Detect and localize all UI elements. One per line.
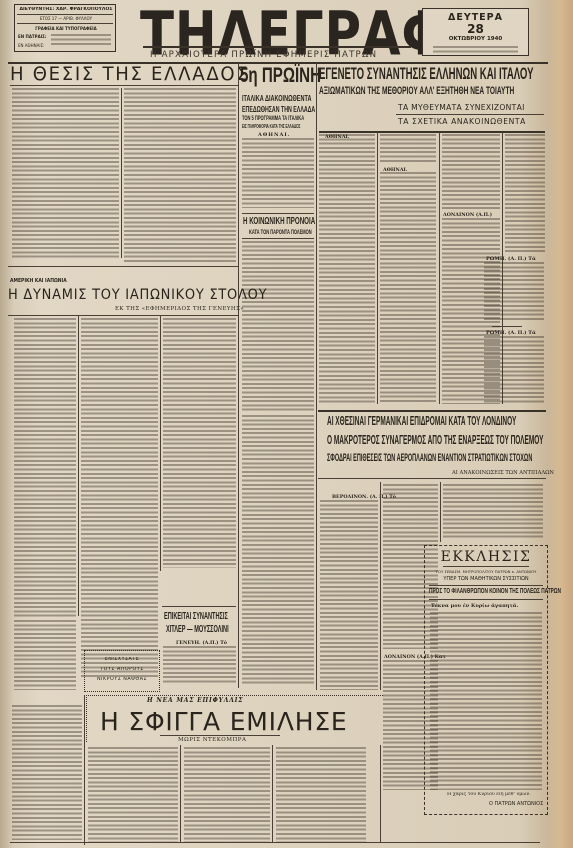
serial-kicker: Η ΝΕΑ ΜΑΣ ΕΠΙΦΥΛΛΙΣ [147,697,243,704]
article-body [484,262,544,322]
deck-myths: ΤΑ ΜΥΘΕΥΜΑΤΑ ΣΥΝΕΧΙΖΟΝΤΑΙ [398,103,525,112]
date-box: ΔΕΥΤΕΡΑ 28 ΟΚΤΩΒΡΙΟΥ 1940 [422,8,529,56]
article-body [443,484,543,540]
article-body [242,415,314,685]
headline-london-raids-1: ΑΙ ΧΘΕΣΙΝΑΙ ΓΕΡΜΑΝΙΚΑΙ ΕΠΙΔΡΟΜΑΙ ΚΑΤΑ ΤΟ… [327,413,516,428]
headline-meeting: ΕΓΕΝΕΤΟ ΣΥΝΑΝΤΗΣΙΣ ΕΛΛΗΝΩΝ ΚΑΙ ΙΤΑΛΟΥ [319,64,534,84]
deck-adversaries: ΑΙ ΑΝΑΚΟΙΝΩΣΕΙΣ ΤΩΝ ΑΝΤΙΠΑΛΩΝ [452,470,554,476]
subhead-social-welfare: ΚΑΤΑ ΤΟΝ ΠΑΡΟΝΤΑ ΠΟΛΕΜΟΝ [249,229,312,236]
article-body [14,318,76,618]
subhead-meeting: ΑΞΙΩΜΑΤΙΚΩΝ ΤΗΣ ΜΕΘΟΡΙΟΥ ΑΛΛ' ΕΞΗΤΗΘΗ ΝΕ… [319,85,514,97]
article-body [81,318,158,678]
appeal-signature: Ο ΠΑΤΡΩΝ ΑΝΤΩΝΙΟΣ [489,801,543,807]
deck-italian-2: ΕΠΕΔΩΘΗΣΑΝ ΤΗΝ ΕΛΛΑΔΑ [242,104,315,114]
headline-appeal: ΕΚΚΛΗΣΙΣ [425,549,547,565]
charity-line-1: ΕΝΙΣΧΥΣΑΤΕ [85,657,159,662]
headline-serial: Η ΣΦΙΓΓΑ ΕΜΙΛΗΣΕ [100,707,348,736]
headline-greece-position: Η ΘΕΣΙΣ ΤΗΣ ΕΛΛΑΔΟΣ [10,63,249,85]
headline-japan-fleet: Η ΔΥΝΑΜΙΣ ΤΟΥ ΙΑΠΩΝΙΚΟΥ ΣΤΟΛΟΥ [8,287,267,303]
issue-line: ΕΤΟΣ 17 — ΑΡΙΘ. ΦΥΛΛΟΥ [18,16,114,21]
article-body [442,134,500,209]
article-body [124,88,236,262]
deck-italian-4: ΕΙΣ ΠΛΗΡΟΦΟΡΙΑ ΚΑΤΑ ΤΗΣ ΕΛΛΑΔΟΣ [242,124,300,130]
serial-author: ΜΩΡΙΣ ΝΤΕΚΟΜΠΡΑ [178,737,246,743]
article-body [319,134,375,404]
newspaper-page: ΔΙΕΥΘΥΝΤΗΣ: ΧΑΡ. ΦΡΑΓΚΟΠΟΥΛΟΣ ΕΤΟΣ 17 — … [0,0,573,848]
headline-london-raids-2: Ο ΜΑΚΡΟΤΕΡΟΣ ΣΥΝΑΓΕΡΜΟΣ ΑΠΟ ΤΗΣ ΕΝΑΡΞΕΩΣ… [327,432,543,447]
article-body [430,612,542,790]
publisher-box: ΔΙΕΥΘΥΝΤΗΣ: ΧΑΡ. ΦΡΑΓΚΟΠΟΥΛΟΣ ΕΤΟΣ 17 — … [14,4,116,52]
deck-italian-1: ΙΤΑΛΙΚΑ ΔΙΑΚΟΙΝΩΘΕΝΤΑ [242,93,311,103]
article-body [163,646,236,684]
article-body [163,318,236,568]
kicker-america-japan: ΑΜΕΡΙΚΗ ΚΑΙ ΙΑΠΩΝΙΑ [10,278,67,284]
headline-london-raids-3: ΣΦΟΔΡΑΙ ΕΠΙΘΕΣΕΙΣ ΤΩΝ ΑΕΡΟΠΛΑΝΩΝ ΕΝΑΝΤΙΟ… [327,452,532,464]
article-body [88,747,178,842]
article-body [242,138,314,208]
article-body [276,747,366,842]
publisher-name: ΔΙΕΥΘΥΝΤΗΣ: ΧΑΡ. ΦΡΑΓΚΟΠΟΥΛΟΣ [18,7,114,12]
article-body [184,747,270,842]
article-body [12,705,82,840]
article-body [484,336,544,404]
article-body [380,134,436,164]
deck-communiques: ΤΑ ΣΧΕΤΙΚΑ ΑΝΑΚΟΙΝΩΘΕΝΤΑ [398,117,526,126]
date-day: 28 [423,22,528,36]
source-geneva: ΕΚ ΤΗΣ «ΕΦΗΜΕΡΙΔΟΣ ΤΗΣ ΓΕΝΕΥΗΣ» [115,306,244,312]
article-body [320,500,378,690]
charity-line-2: ΤΟΥΣ ΑΠΟΡΟΥΣ [85,667,159,672]
patras-address: ΕΝ ΠΑΤΡΑΙΣ: [18,34,47,39]
headline-social-welfare: Η ΚΟΙΝΩΝΙΚΗ ΠΡΟΝΟΙΑ [243,216,315,227]
appeal-box: ΕΚΚΛΗΣΙΣ ΤΟΥ ΣΕΒΑΣΜ. ΜΗΤΡΟΠΟΛΙΤΟΥ ΠΑΤΡΩΝ… [424,545,548,815]
charity-line-3: ΝΙΚΡΟΥΣ ΝΑΦΘΑΣ [85,677,159,682]
appeal-closing: Η χάρις τού Κυρίου είη μεθ' ύμών. [447,792,531,797]
article-body [12,88,119,258]
appeal-deck: ΠΡΟΣ ΤΟ ΦΙΛΑΝΘΡΩΠΟΝ ΚΟΙΝΟΝ ΤΗΣ ΠΟΛΕΩΣ ΠΑ… [429,588,561,595]
article-body [14,620,76,690]
article-body [505,134,545,252]
article-body [380,172,436,404]
deck-italian-3: ΤΟΝ 5 ΠΡΟΓΡΑΜΜΑ ΤΑ ΙΤΑΛΙΚΑ [242,115,304,122]
offices-label: ΓΡΑΦΕΙΑ ΚΑΙ ΤΥΠΟΓΡΑΦΕΙΑ [18,26,114,31]
appeal-salutation: Τέκνα μου έν Κυρίω άγαπητά. [431,603,518,609]
headline-fifth-morning: 5η ΠΡΩΪΝΗ [240,64,321,88]
athens-address: ΕΝ ΑΘΗΝΑΙΣ: [18,43,44,48]
headline-hitler-mussolini-1: ΕΠΙΚΕΙΤΑΙ ΣΥΝΑΝΤΗΣΙΣ [164,611,228,622]
masthead-subtitle: Η ΑΡΧΑΙΟΤΕΡΑ ΠΡΩΪΝΗ ΕΦΗΜΕΡΙΣ ΠΑΤΡΩΝ [150,50,377,60]
appeal-subhead: ΥΠΕΡ ΤΩΝ ΜΑΘΗΤΙΚΩΝ ΣΥΣΣΙΤΙΩΝ [425,576,547,582]
charity-box: ΕΝΙΣΧΥΣΑΤΕ ΤΟΥΣ ΑΠΟΡΟΥΣ ΝΙΚΡΟΥΣ ΝΑΦΘΑΣ [84,650,160,692]
appeal-byline: ΤΟΥ ΣΕΒΑΣΜ. ΜΗΤΡΟΠΟΛΙΤΟΥ ΠΑΤΡΩΝ κ. ΑΝΤΩΝ… [425,569,547,574]
article-body [242,241,314,411]
date-month-year: ΟΚΤΩΒΡΙΟΥ 1940 [423,36,528,42]
headline-hitler-mussolini-2: ΧΙΤΛΕΡ — ΜΟΥΣΣΟΛΙΝΙ [166,624,229,635]
